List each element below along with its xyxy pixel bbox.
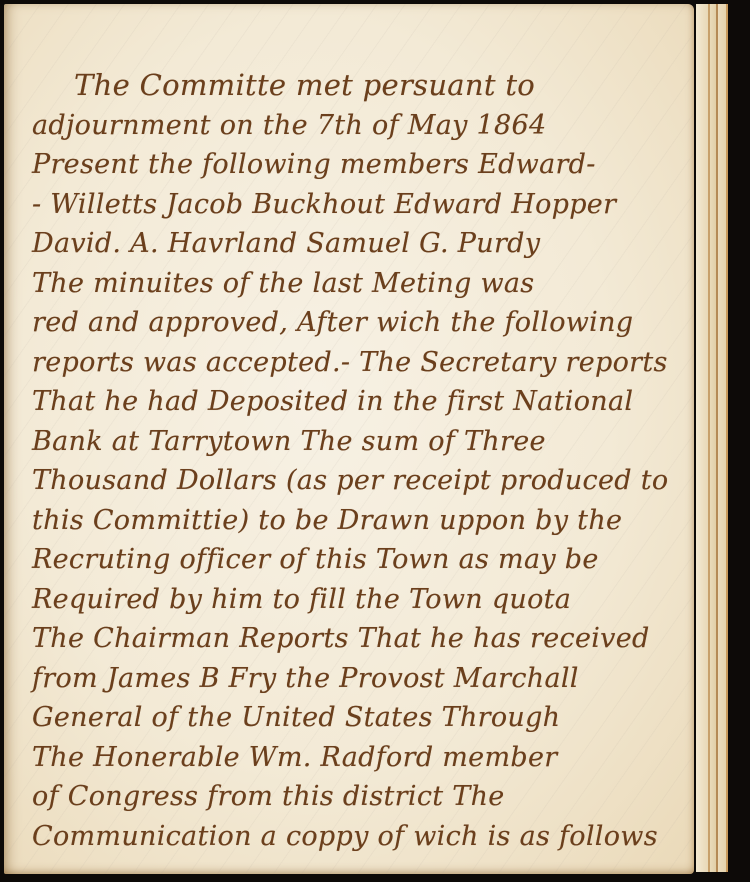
text-line: from James B Fry the Provost Marchall (32, 659, 692, 699)
ledger-page: The Committe met persuant to adjournment… (4, 4, 694, 874)
text-line: Recruting officer of this Town as may be (32, 540, 692, 580)
text-line: Required by him to fill the Town quota (32, 580, 692, 620)
text-line: red and approved, After wich the followi… (32, 303, 692, 343)
text-line: Present the following members Edward- (32, 145, 692, 185)
text-line: adjournment on the 7th of May 1864 (32, 106, 692, 146)
text-line: David. A. Havrland Samuel G. Purdy (32, 224, 692, 264)
text-line: reports was accepted.- The Secretary rep… (32, 343, 692, 383)
text-line: Bank at Tarrytown The sum of Three (32, 422, 692, 462)
text-line: this Committie) to be Drawn uppon by the (32, 501, 692, 541)
text-line: That he had Deposited in the first Natio… (32, 382, 692, 422)
text-line: Communication a coppy of wich is as foll… (32, 817, 692, 857)
page-edge-stack (696, 4, 710, 872)
text-line: The Chairman Reports That he has receive… (32, 619, 692, 659)
text-line: Thousand Dollars (as per receipt produce… (32, 461, 692, 501)
text-line: - Willetts Jacob Buckhout Edward Hopper (32, 185, 692, 225)
text-line: The Committe met persuant to (32, 66, 692, 106)
handwritten-minutes: The Committe met persuant to adjournment… (32, 66, 692, 856)
text-line: General of the United States Through (32, 698, 692, 738)
text-line: of Congress from this district The (32, 777, 692, 817)
ledger-book: The Committe met persuant to adjournment… (0, 0, 750, 882)
text-line: The minuites of the last Meting was (32, 264, 692, 304)
text-line: The Honerable Wm. Radford member (32, 738, 692, 778)
